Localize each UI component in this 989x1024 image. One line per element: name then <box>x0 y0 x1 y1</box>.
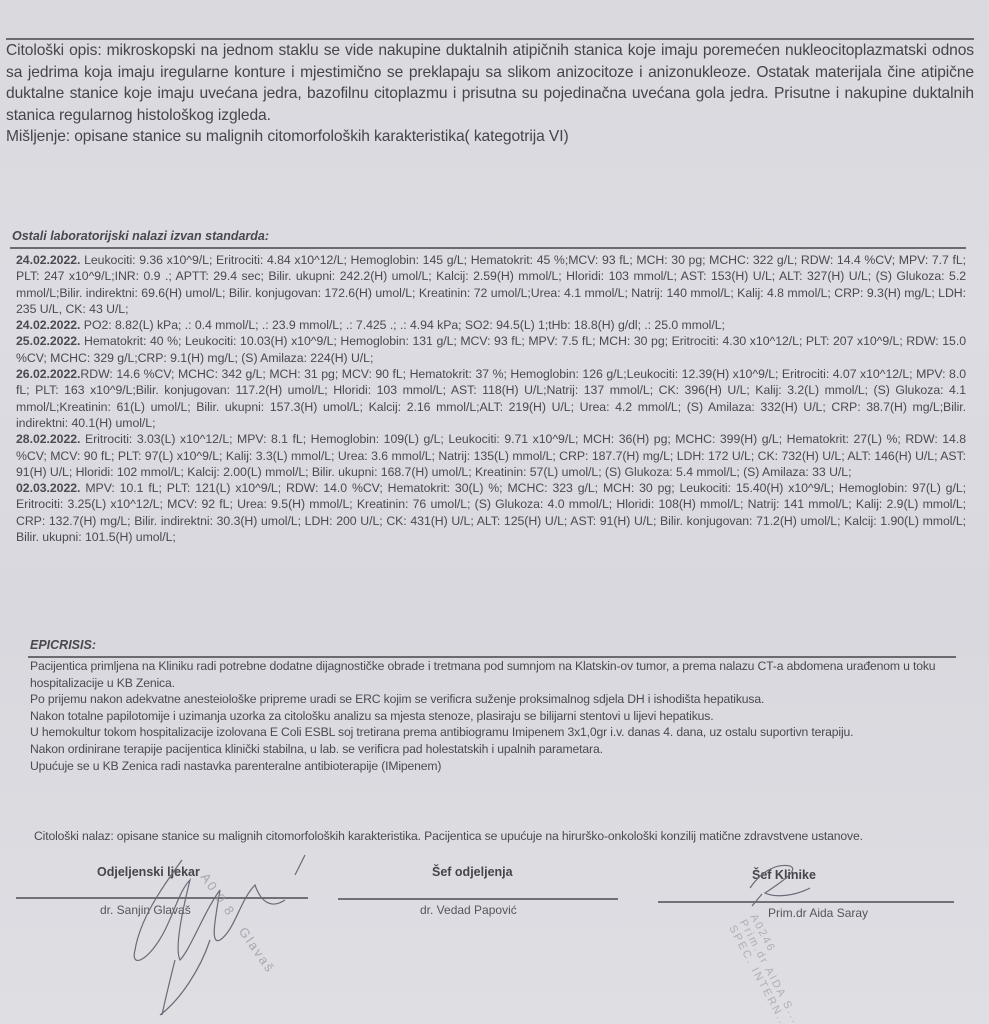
lab-entry-date: 26.02.2022. <box>16 367 80 381</box>
lab-entry-date: 02.03.2022. <box>16 481 80 495</box>
signature-name-department-head: dr. Vedad Papović <box>420 903 517 917</box>
handwritten-signature-icon <box>740 858 820 908</box>
cytology-opinion: Mišljenje: opisane stanice su malignih c… <box>6 126 974 148</box>
lab-entry-date: 24.02.2022. <box>16 318 80 332</box>
lab-entry-values: MPV: 10.1 fL; PLT: 121(L) x10^9/L; RDW: … <box>16 481 966 544</box>
lab-entry-values: PO2: 8.82(L) kPa; .: 0.4 mmol/L; .: 23.9… <box>80 318 724 332</box>
epicrisis-paragraph: Po prijemu nakon adekvatne anesteiološke… <box>30 691 965 708</box>
signature-line <box>338 898 618 900</box>
lab-entry-values: Leukociti: 9.36 x10^9/L; Eritrociti: 4.8… <box>16 253 966 316</box>
epicrisis-body: Pacijentica primljena na Kliniku radi po… <box>30 658 965 774</box>
lab-entry-values: Hematokrit: 40 %; Leukociti: 10.03(H) x1… <box>16 334 966 364</box>
epicrisis-paragraph: Nakon totalne papilotomije i uzimanja uz… <box>30 708 965 725</box>
lab-entry-date: 24.02.2022. <box>16 253 80 267</box>
lab-entry: 28.02.2022. Eritrociti: 3.03(L) x10^12/L… <box>16 431 966 480</box>
stamp-right: A0246 Prim.dr AIDA S... SPEC. INTERN... <box>726 912 812 1024</box>
lab-entry: 02.03.2022. MPV: 10.1 fL; PLT: 121(L) x1… <box>16 480 966 545</box>
handwritten-signature-icon <box>120 830 320 1020</box>
lab-results-list: 24.02.2022. Leukociti: 9.36 x10^9/L; Eri… <box>16 252 966 545</box>
signature-name-clinic-head: Prim.dr Aida Saray <box>768 906 868 920</box>
discharge-document-page: Citološki opis: mikroskopski na jednom s… <box>0 0 989 1024</box>
lab-entry: 25.02.2022. Hematokrit: 40 %; Leukociti:… <box>16 333 966 366</box>
lab-entry: 24.02.2022. Leukociti: 9.36 x10^9/L; Eri… <box>16 252 966 317</box>
lab-entry-values: RDW: 14.6 %CV; MCHC: 342 g/L; MCH: 31 pg… <box>16 367 966 430</box>
epicrisis-paragraph: U hemokultur tokom hospitalizacije izolo… <box>30 724 965 741</box>
lab-entry: 26.02.2022.RDW: 14.6 %CV; MCHC: 342 g/L;… <box>16 366 966 431</box>
lab-entry-values: Eritrociti: 3.03(L) x10^12/L; MPV: 8.1 f… <box>16 432 966 479</box>
labs-divider <box>10 247 966 249</box>
cytology-description: Citološki opis: mikroskopski na jednom s… <box>6 40 974 126</box>
signature-role-department-head: Šef odjeljenja <box>432 865 513 879</box>
lab-entry-date: 25.02.2022. <box>16 334 80 348</box>
lab-entry-date: 28.02.2022. <box>16 432 80 446</box>
epicrisis-paragraph: Upućuje se u KB Zenica radi nastavka par… <box>30 758 965 775</box>
epicrisis-title: EPICRISIS: <box>30 638 96 652</box>
lab-entry: 24.02.2022. PO2: 8.82(L) kPa; .: 0.4 mmo… <box>16 317 966 333</box>
epicrisis-paragraph: Nakon ordinirane terapije pacijentica kl… <box>30 741 965 758</box>
cytology-section: Citološki opis: mikroskopski na jednom s… <box>6 40 974 148</box>
epicrisis-paragraph: Pacijentica primljena na Kliniku radi po… <box>30 658 965 691</box>
labs-section-title: Ostali laboratorijski nalazi izvan stand… <box>12 229 269 243</box>
